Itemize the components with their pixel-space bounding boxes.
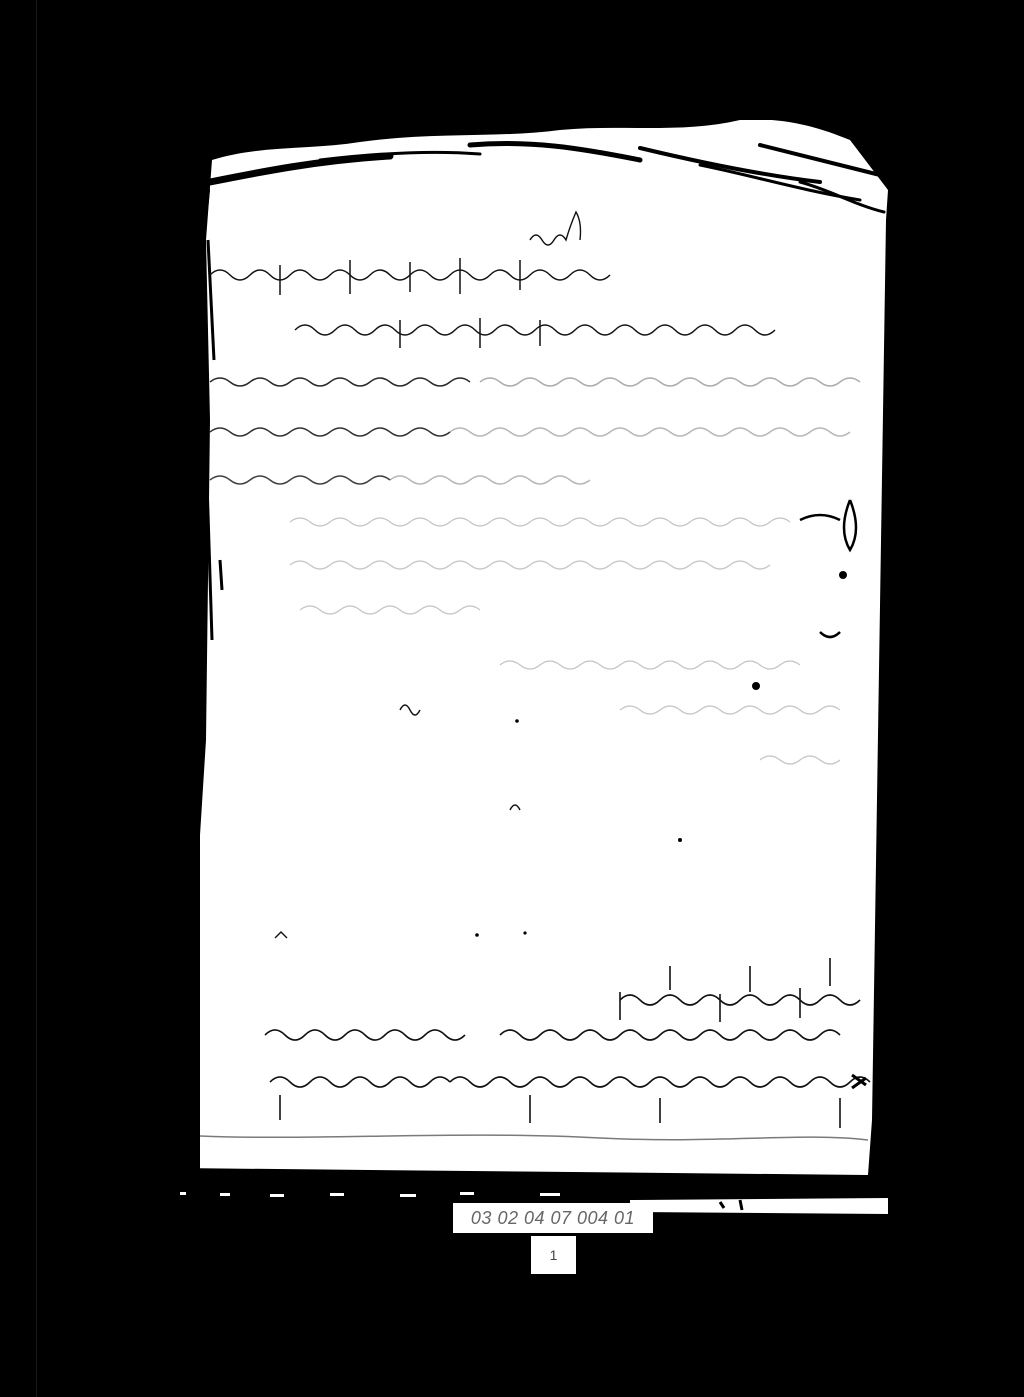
manuscript-page-graphic	[200, 120, 890, 1180]
archive-id-label: 03 02 04 07 004 01	[453, 1203, 653, 1233]
scan-frame: 03 02 04 07 004 01 1	[0, 0, 1024, 1397]
scanner-edge-line	[36, 0, 37, 1397]
page-number-label: 1	[531, 1236, 576, 1274]
paper-sheet	[200, 120, 888, 1175]
manuscript-page	[200, 120, 890, 1180]
